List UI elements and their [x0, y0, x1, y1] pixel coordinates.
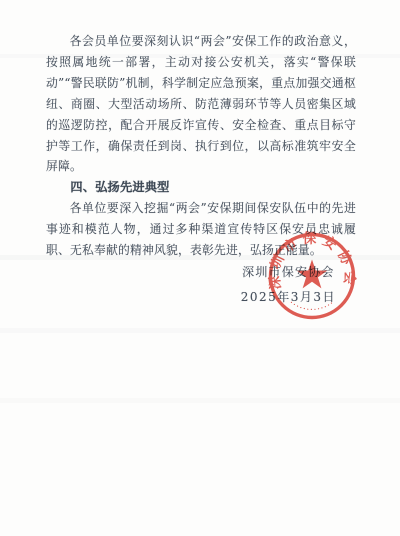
- notice-body: 各会员单位要深刻认识“两会”安保工作的政治意义，按照属地统一部署，主动对接公安机…: [46, 31, 356, 261]
- official-seal: 深圳市保安协会 •••••••••••••: [266, 230, 358, 322]
- scanned-notice-page: 各会员单位要深刻认识“两会”安保工作的政治意义，按照属地统一部署，主动对接公安机…: [0, 0, 400, 536]
- section-heading: 四、弘扬先进典型: [46, 177, 356, 198]
- seal-serial-marks: •••••••••••••: [289, 300, 335, 312]
- seal-star-icon: [297, 260, 327, 289]
- paragraph-security-measures: 各会员单位要深刻认识“两会”安保工作的政治意义，按照属地统一部署，主动对接公安机…: [46, 31, 356, 177]
